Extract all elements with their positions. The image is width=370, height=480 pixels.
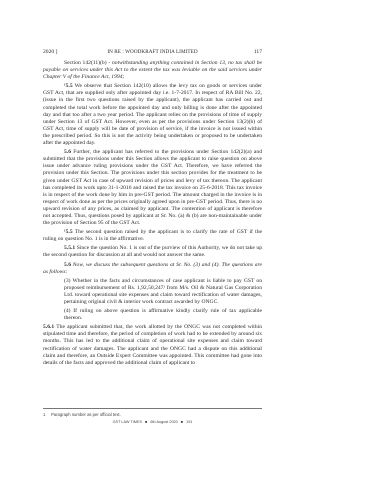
paragraph-number: 5.6 [64, 149, 71, 155]
paragraph-section-142: Section 142(11)(b) - notwithstanding any… [43, 60, 262, 81]
statute-reference: Section 142(11)(b) - [64, 60, 112, 66]
paragraph-text: Since the question No. 1 is out of the p… [43, 245, 262, 258]
footnote-number: 1 [43, 412, 51, 417]
question-list: (3) Whether in the facts and circumstanc… [64, 278, 262, 323]
footer-page: 191 [186, 420, 192, 424]
paragraph-5-6-1: 5.6.1 The applicant submitted that, the … [43, 324, 262, 367]
separator-icon: ■ [145, 420, 147, 425]
paragraph-number: 5.6.1 [43, 324, 54, 330]
header-case-title: IN RE : WOODKRAFT INDIA LIMITED [43, 48, 262, 57]
page-footer: GST LAW TIMES■6th August 2020■191 [43, 420, 262, 425]
paragraph-text: The applicant submitted that, the work a… [43, 324, 262, 365]
header-page-number: 117 [254, 48, 262, 57]
question-3: (3) Whether in the facts and circumstanc… [64, 278, 262, 306]
running-header: 2020 ] IN RE : WOODKRAFT INDIA LIMITED 1… [43, 48, 262, 57]
paragraph-number: ¹5.5 [64, 83, 73, 89]
footnote-divider [43, 408, 262, 409]
paragraph-5-6: 5.6 Further, the applicant has referred … [43, 149, 262, 227]
separator-icon: ■ [181, 420, 183, 425]
paragraph-text: We observe that Section 142(10) allows t… [43, 83, 262, 146]
paragraph-5-5-1: 5.5.1 Since the question No. 1 is out of… [43, 245, 262, 259]
paragraph-5-5: ¹5.5 We observe that Section 142(10) all… [43, 83, 262, 147]
footer-journal: GST LAW TIMES [113, 420, 142, 424]
paragraph-text: Now, we discuss the subsequent questions… [43, 262, 262, 275]
paragraph-number: 5.5.1 [64, 245, 75, 251]
footnote: 1Paragraph number as per official text. [43, 412, 262, 417]
footer-date: 6th August 2020 [150, 420, 177, 424]
paragraph-text: The second question raised by the applic… [43, 229, 262, 242]
footnote-text: Paragraph number as per official text. [51, 412, 121, 417]
paragraph-5-5-second: ¹5.5 The second question raised by the a… [43, 229, 262, 243]
paragraph-5-6-questions: 5.6 Now, we discuss the subsequent quest… [43, 262, 262, 276]
paragraph-text: Further, the applicant has referred to t… [43, 149, 262, 226]
paragraph-number: 5.6 [64, 262, 71, 268]
document-body: Section 142(11)(b) - notwithstanding any… [43, 60, 262, 367]
document-page: 2020 ] IN RE : WOODKRAFT INDIA LIMITED 1… [43, 48, 262, 367]
question-4: (4) If ruling on above question is affir… [64, 308, 262, 322]
paragraph-number: ¹5.5 [64, 229, 73, 235]
